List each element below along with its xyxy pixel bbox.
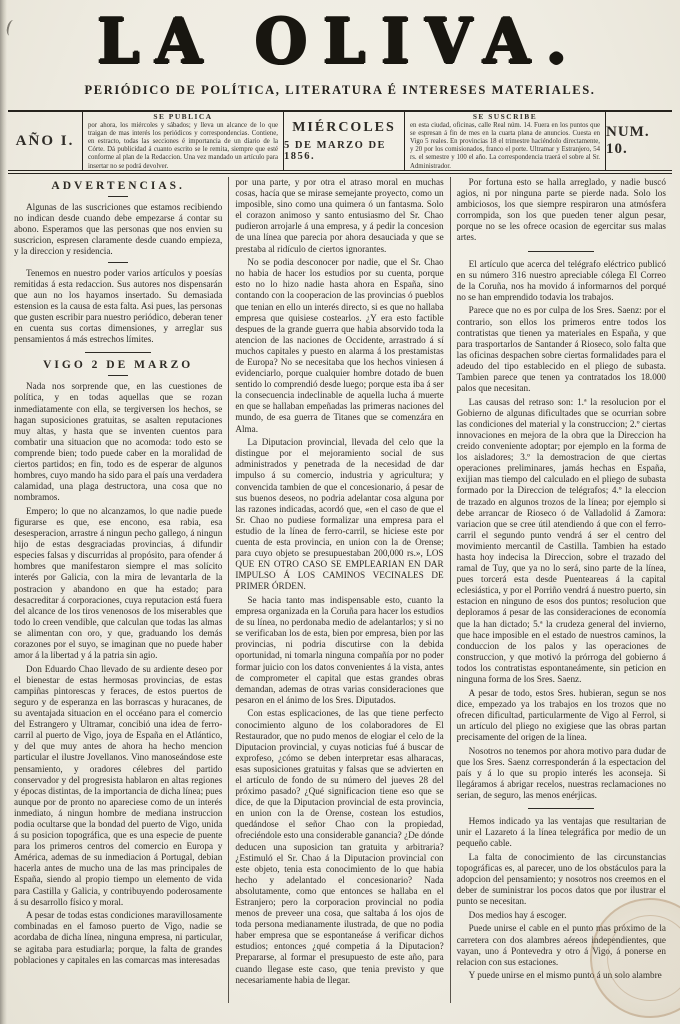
issue-date: MIÉRCOLES 5 DE MARZO DE 1856. <box>284 112 405 170</box>
paragraph: Con estas esplicaciones, de las que tien… <box>235 708 443 985</box>
section-divider <box>528 808 594 809</box>
paragraph: La Diputacion provincial, llevada del ce… <box>235 437 443 592</box>
paragraph: Se hacia tanto mas indispensable esto, c… <box>235 595 443 706</box>
newspaper-title: LA OLIVA. <box>8 9 672 76</box>
paragraph: Las causas del retraso son: 1.ª la resol… <box>457 397 666 685</box>
date-label: 5 DE MARZO DE 1856. <box>284 140 404 162</box>
column-1: ADVERTENCIAS. Algunas de las suscricione… <box>8 177 229 1003</box>
paragraph: Parece que no es por culpa de los Sres. … <box>457 305 666 394</box>
masthead: LA OLIVA. PERIÓDICO DE POLÍTICA, LITERAT… <box>8 10 672 98</box>
se-publica-body: por ahora, los miércoles y sábados; y ll… <box>88 122 278 169</box>
paragraph: Algunas de las suscriciones que estamos … <box>14 202 222 257</box>
paragraph: A pesar de todas estas condiciones marav… <box>14 910 222 965</box>
vigo-dateline-heading: VIGO 2 DE MARZO <box>14 360 222 371</box>
subscription-notice: SE SUSCRIBE en esta ciudad, oficinas, ca… <box>405 112 606 170</box>
issue-header-bar: AÑO I. SE PUBLICA por ahora, los miércol… <box>8 110 672 174</box>
publication-notice: SE PUBLICA por ahora, los miércoles y sá… <box>83 112 284 170</box>
paragraph: Don Eduardo Chao llevado de su ardiente … <box>14 664 222 908</box>
paragraph: No se podia desconocer por nadie, que el… <box>235 257 443 435</box>
paragraph: Nada nos sorprende que, en las cuestione… <box>14 381 222 503</box>
paragraph: Empero; lo que no alcanzamos, lo que nad… <box>14 506 222 661</box>
paragraph: Por fortuna esto se halla arreglado, y n… <box>457 177 666 244</box>
se-suscribe-title: SE SUSCRIBE <box>410 113 600 121</box>
newspaper-subtitle: PERIÓDICO DE POLÍTICA, LITERATURA É INTE… <box>8 83 672 98</box>
advertencias-heading: ADVERTENCIAS. <box>14 181 222 192</box>
issue-number-label: NUM. 10. <box>606 112 672 170</box>
paragraph: A pesar de todo, estos Sres. hubieran, s… <box>457 688 666 743</box>
newspaper-page: LA OLIVA. PERIÓDICO DE POLÍTICA, LITERAT… <box>8 0 672 1003</box>
section-divider <box>108 196 128 197</box>
section-divider <box>85 352 151 353</box>
section-divider <box>528 251 594 252</box>
paragraph: por una parte, y por otra el atraso mora… <box>235 177 443 255</box>
paragraph: Tenemos en nuestro poder varios artículo… <box>14 268 222 346</box>
year-label: AÑO I. <box>8 112 83 170</box>
weekday-label: MIÉRCOLES <box>292 120 396 136</box>
page-spine-edge <box>0 0 7 1024</box>
column-3: Por fortuna esto se halla arreglado, y n… <box>451 177 672 1003</box>
paragraph: Hemos indicado ya las ventajas que resul… <box>457 816 666 849</box>
paragraph: Nosotros no tenemos por ahora motivo par… <box>457 746 666 801</box>
section-divider <box>108 262 128 263</box>
section-divider <box>108 375 128 376</box>
se-publica-title: SE PUBLICA <box>88 113 278 121</box>
article-columns: ADVERTENCIAS. Algunas de las suscricione… <box>8 177 672 1003</box>
column-2: por una parte, y por otra el atraso mora… <box>229 177 450 1003</box>
paragraph: El artículo que acerca del telégrafo elé… <box>457 259 666 303</box>
se-suscribe-body: en esta ciudad, oficinas, calle Real núm… <box>410 122 600 169</box>
